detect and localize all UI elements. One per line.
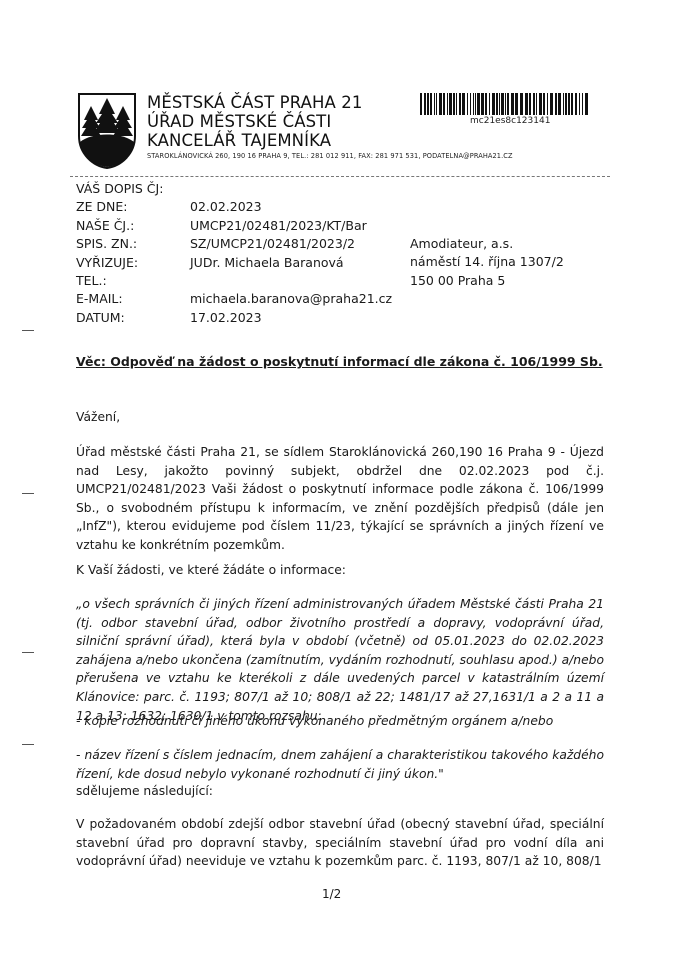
recipient-line: Amodiateur, a.s. — [410, 235, 564, 253]
page-number: 1/2 — [322, 887, 341, 901]
coat-of-arms-icon — [77, 92, 137, 170]
barcode-text: mc21es8c123141 — [470, 116, 550, 126]
reference-label: VÁŠ DOPIS ČJ: — [76, 180, 190, 198]
greeting: Vážení, — [76, 408, 604, 427]
org-line-1: MĚSTSKÁ ČÁST PRAHA 21 — [147, 93, 362, 112]
reference-row: NAŠE ČJ.:UMCP21/02481/2023/KT/Bar — [76, 217, 392, 235]
organization-address: STAROKLÁNOVICKÁ 260, 190 16 PRAHA 9, TEL… — [147, 152, 513, 160]
reference-label: TEL.: — [76, 272, 190, 290]
paragraph: Úřad městské části Praha 21, se sídlem S… — [76, 443, 604, 555]
reference-label: DATUM: — [76, 309, 190, 327]
subject-line: Věc: Odpověď na žádost o poskytnutí info… — [76, 354, 603, 369]
reference-label: VYŘIZUJE: — [76, 254, 190, 272]
reference-row: TEL.: — [76, 272, 392, 290]
quoted-request-item: - kopie rozhodnutí či jiného úkonu vykon… — [76, 712, 604, 731]
fold-mark — [22, 652, 34, 653]
reference-value: 17.02.2023 — [190, 309, 262, 327]
reference-label: ZE DNE: — [76, 198, 190, 216]
header-divider — [70, 176, 610, 177]
barcode-icon — [420, 93, 590, 115]
recipient-line: 150 00 Praha 5 — [410, 272, 564, 290]
reference-row: VYŘIZUJE:JUDr. Michaela Baranová — [76, 254, 392, 272]
paragraph: sdělujeme následující: — [76, 782, 604, 801]
reference-value: SZ/UMCP21/02481/2023/2 — [190, 235, 355, 253]
organization-name: MĚSTSKÁ ČÁST PRAHA 21 ÚŘAD MĚSTSKÉ ČÁSTI… — [147, 93, 362, 150]
reference-row: SPIS. ZN.:SZ/UMCP21/02481/2023/2 — [76, 235, 392, 253]
quoted-request-item: - název řízení s číslem jednacím, dnem z… — [76, 746, 604, 783]
reference-value: JUDr. Michaela Baranová — [190, 254, 344, 272]
paragraph: K Vaší žádosti, ve které žádáte o inform… — [76, 561, 604, 580]
recipient-line: náměstí 14. října 1307/2 — [410, 253, 564, 271]
fold-mark — [22, 330, 34, 331]
recipient-address: Amodiateur, a.s. náměstí 14. října 1307/… — [410, 235, 564, 290]
reference-label: NAŠE ČJ.: — [76, 217, 190, 235]
reference-value: 02.02.2023 — [190, 198, 262, 216]
fold-mark — [22, 744, 34, 745]
reference-row: VÁŠ DOPIS ČJ: — [76, 180, 392, 198]
reference-row: DATUM:17.02.2023 — [76, 309, 392, 327]
reference-row: E-MAIL:michaela.baranova@praha21.cz — [76, 290, 392, 308]
reference-row: ZE DNE:02.02.2023 — [76, 198, 392, 216]
paragraph: V požadovaném období zdejší odbor staveb… — [76, 815, 604, 871]
fold-mark — [22, 493, 34, 494]
reference-label: E-MAIL: — [76, 290, 190, 308]
reference-table: VÁŠ DOPIS ČJ:ZE DNE:02.02.2023NAŠE ČJ.:U… — [76, 180, 392, 327]
reference-value: michaela.baranova@praha21.cz — [190, 290, 392, 308]
reference-label: SPIS. ZN.: — [76, 235, 190, 253]
quoted-request: „o všech správních či jiných řízení admi… — [76, 595, 604, 725]
reference-value: UMCP21/02481/2023/KT/Bar — [190, 217, 367, 235]
org-line-2: ÚŘAD MĚSTSKÉ ČÁSTI — [147, 112, 362, 131]
org-line-3: KANCELÁŘ TAJEMNÍKA — [147, 131, 362, 150]
